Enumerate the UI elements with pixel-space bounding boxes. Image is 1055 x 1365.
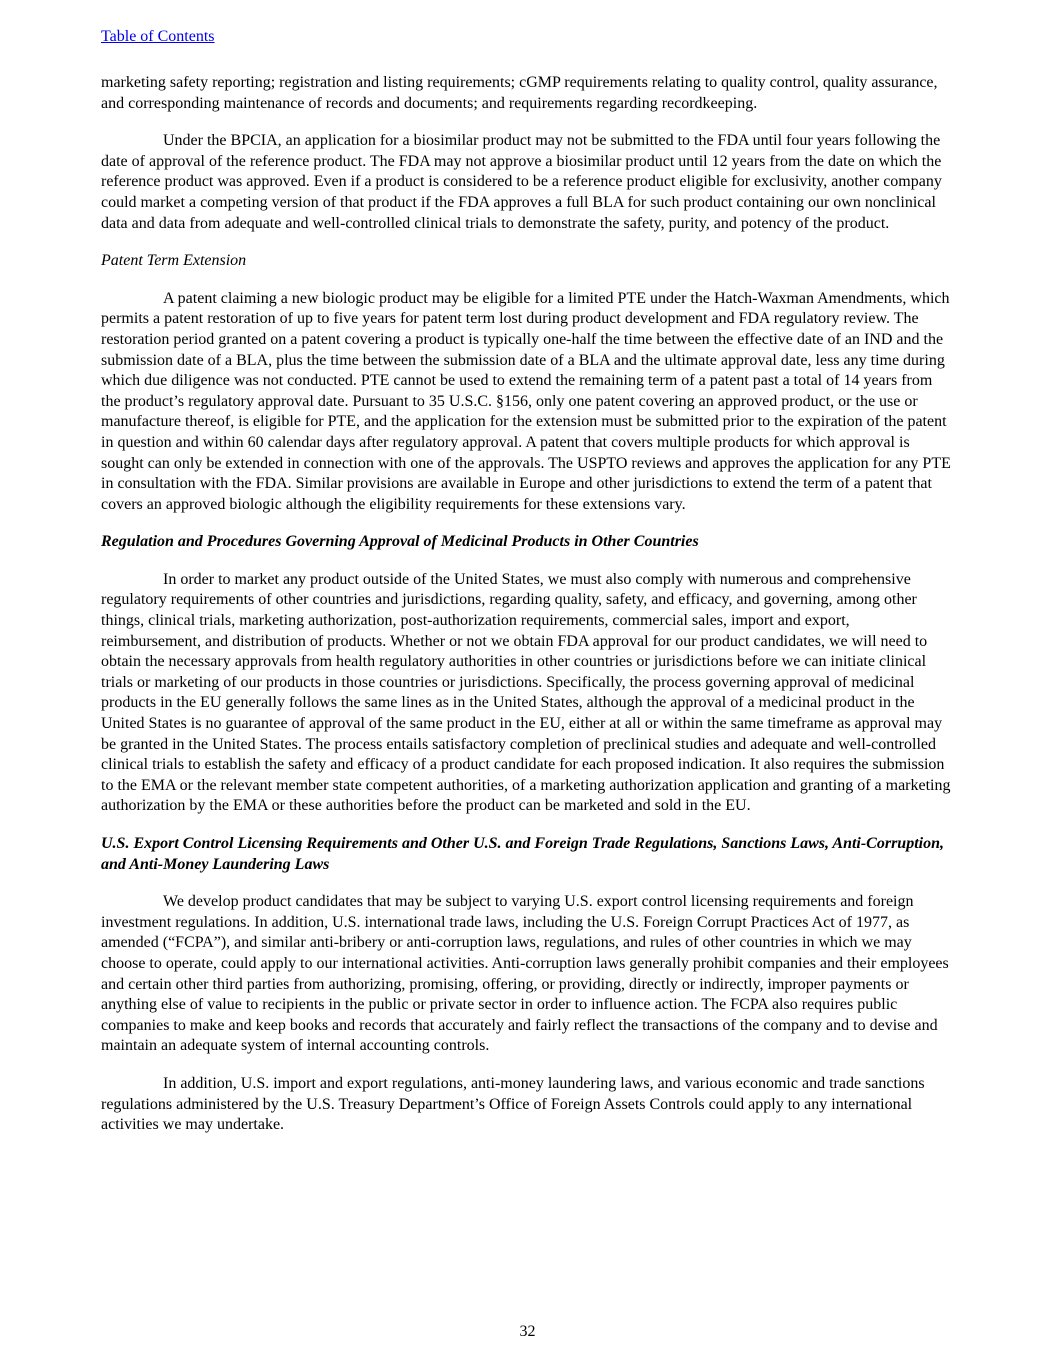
paragraph-export-control: We develop product candidates that may b… xyxy=(101,892,953,1057)
paragraph-bpcia: Under the BPCIA, an application for a bi… xyxy=(101,131,953,234)
paragraph-sanctions: In addition, U.S. import and export regu… xyxy=(101,1074,953,1136)
heading-export-control: U.S. Export Control Licensing Requiremen… xyxy=(101,834,953,875)
table-of-contents-link[interactable]: Table of Contents xyxy=(101,26,215,48)
paragraph-continuation: marketing safety reporting; registration… xyxy=(101,73,953,114)
spacer xyxy=(101,875,953,892)
document-page: Table of Contents marketing safety repor… xyxy=(101,26,953,1136)
paragraph-other-countries: In order to market any product outside o… xyxy=(101,570,953,817)
spacer xyxy=(101,234,953,251)
spacer xyxy=(101,48,953,73)
paragraph-patent-term-extension: A patent claiming a new biologic product… xyxy=(101,289,953,516)
heading-patent-term-extension: Patent Term Extension xyxy=(101,251,953,272)
spacer xyxy=(101,553,953,570)
spacer xyxy=(101,114,953,131)
spacer xyxy=(101,817,953,834)
spacer xyxy=(101,1057,953,1074)
heading-other-countries: Regulation and Procedures Governing Appr… xyxy=(101,532,953,553)
page-number: 32 xyxy=(0,1322,1055,1342)
spacer xyxy=(101,272,953,289)
spacer xyxy=(101,515,953,532)
